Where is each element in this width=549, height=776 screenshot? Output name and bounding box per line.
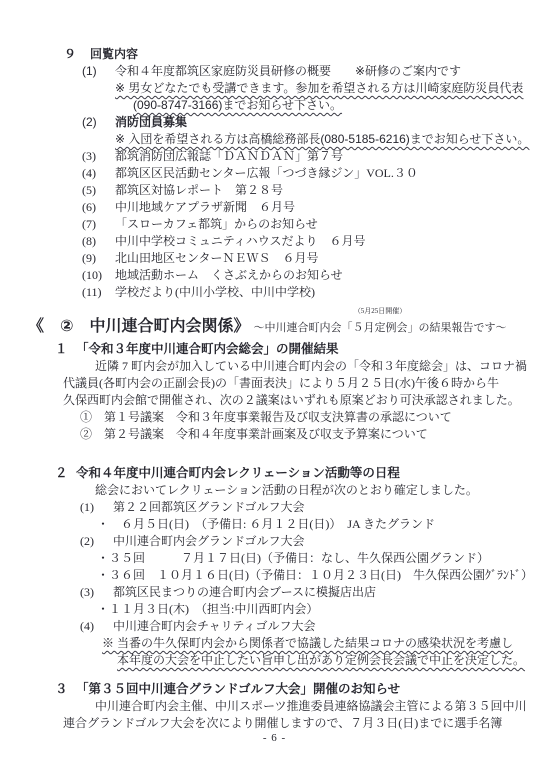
kairan-item-4-text: 都筑区区民活動センター広報「つづき縁ジン」VOL.３０ xyxy=(115,166,418,180)
kairan-item-1-text: 令和４年度都筑区家庭防災員研修の概要 ※研修のご案内です xyxy=(115,64,461,78)
s1-agenda-2: ② 第２号議案 令和４年度事業計画案及び収支予算案について xyxy=(80,426,549,443)
kairan-item-3-label: (3) xyxy=(82,148,115,165)
kairan-item-10: (10)地域活動ホーム くさぶえからのお知らせ xyxy=(82,267,549,284)
section2-subtitle-pre: ～中川連合町内会「 xyxy=(254,322,353,334)
kairan-note-1b: (090-8747-3166)までお知らせ下さい。 xyxy=(133,97,549,114)
kairan-item-6: (6)中川地域ケアプラザ新聞 ６月号 xyxy=(82,199,549,216)
s2-item-1-bullet-1: ・ ６月５日(日) （予備日: ６月１２日(日)） JA きたグランド xyxy=(97,516,549,533)
subtitle-term-wrap: （5月25日開催）５月定例会 xyxy=(353,315,408,341)
kairan-item-9-text: 北山田地区センターＮＥＷＳ ６月号 xyxy=(115,251,319,265)
s2-item-2: (2)中川連合町内会グランドゴルフ大会 xyxy=(80,533,549,550)
kairan-item-2: (2)消防団員募集 xyxy=(82,114,549,131)
s2-item-1: (1)第２２回都筑区グランドゴルフ大会 xyxy=(80,499,549,516)
s2-item-3-bullet-1: ・１１月３日(木) （担当:中川西町内会） xyxy=(97,601,549,618)
s2-item-4-note-2: 本年度の大会を中止したい旨申し出があり定例会長会議で中止を決定した。 xyxy=(117,652,549,669)
s1-body-line-1: 近隣 7 町内会が加入している中川連合町内会の「令和３年度総会」は、コロナ禍 xyxy=(95,358,549,375)
kairan-item-10-label: (10) xyxy=(82,267,115,284)
kairan-item-2-label: (2) xyxy=(82,114,115,131)
subtitle-term: ５月定例会 xyxy=(353,322,408,334)
kairan-item-3: (3)都筑消防団広報誌「ＤＡＮＤＡＮ」第７号 xyxy=(82,148,549,165)
kairan-item-5: (5)都筑区対協レポート 第２８号 xyxy=(82,182,549,199)
s2-heading-number: ２ xyxy=(55,465,76,482)
kairan-heading: ９回覧内容 xyxy=(64,46,549,63)
kairan-item-4-label: (4) xyxy=(82,165,115,182)
s2-item-1-text: 第２２回都筑区グランドゴルフ大会 xyxy=(113,500,305,514)
kairan-item-9: (9)北山田地区センターＮＥＷＳ ６月号 xyxy=(82,250,549,267)
section2-subtitle-post: 」の結果報告です～ xyxy=(408,322,507,334)
kairan-item-2-text: 消防団員募集 xyxy=(115,115,187,129)
kairan-item-7: (7)「スローカフェ都筑」からのお知らせ xyxy=(82,216,549,233)
s1-agenda-1: ① 第１号議案 令和３年度事業報告及び収支決算書の承認について xyxy=(80,409,549,426)
s2-item-3-text: 都筑区民まつりの連合町内会ブースに模擬店出店 xyxy=(113,585,376,599)
kairan-item-3-text: 都筑消防団広報誌「ＤＡＮＤＡＮ」第７号 xyxy=(115,149,343,163)
page-number: - 6 - xyxy=(0,730,549,747)
s2-item-4: (4)中川連合町内会チャリティゴルフ大会 xyxy=(80,618,549,635)
kairan-item-11-text: 学校だより(中川小学校、中川中学校) xyxy=(115,285,315,299)
kairan-item-7-label: (7) xyxy=(82,216,115,233)
s2-item-2-bullet-1: ・３５回 ７月１７日(日)（予備日：なし、牛久保西公園グランド） xyxy=(97,550,549,567)
s3-heading-number: ３ xyxy=(55,681,76,698)
kairan-heading-title: 回覧内容 xyxy=(90,47,138,61)
kairan-item-1: (1)令和４年度都筑区家庭防災員研修の概要 ※研修のご案内です xyxy=(82,63,549,80)
s1-body-line-2: 代議員(各町内会の正副会長)の「書面表決」により５月２５日(水)午後６時から牛 xyxy=(63,375,549,392)
s3-heading: ３「第３５回中川連合グランドゴルフ大会」開催のお知らせ xyxy=(55,681,549,698)
kairan-item-6-text: 中川地域ケアプラザ新聞 ６月号 xyxy=(115,200,295,214)
s2-heading: ２令和４年度中川連合町内会レクリェーション活動等の日程 xyxy=(55,465,549,482)
kairan-item-8: (8)中川中学校コミュニティハウスだより ６月号 xyxy=(82,233,549,250)
kairan-item-1-label: (1) xyxy=(82,63,115,80)
s1-heading-title: 「令和３年度中川連合町内会総会」の開催結果 xyxy=(76,342,339,356)
kairan-item-4: (4)都筑区区民活動センター広報「つづき縁ジン」VOL.３０ xyxy=(82,165,549,182)
s2-item-2-bullet-2: ・３６回 １０月１６日(日)（予備日：１０月２３日(日) 牛久保西公園ｸﾞﾗﾝﾄ… xyxy=(97,567,549,584)
s2-item-3: (3)都筑区民まつりの連合町内会ブースに模擬店出店 xyxy=(80,584,549,601)
subtitle-annotation: （5月25日開催） xyxy=(354,308,407,315)
kairan-item-8-label: (8) xyxy=(82,233,115,250)
kairan-item-5-text: 都筑区対協レポート 第２８号 xyxy=(115,183,283,197)
s2-item-2-label: (2) xyxy=(80,533,113,550)
section2-title: 《 ② 中川連合町内会関係》 xyxy=(28,318,250,335)
kairan-item-8-text: 中川中学校コミュニティハウスだより ６月号 xyxy=(115,234,365,248)
s1-heading: １「令和３年度中川連合町内会総会」の開催結果 xyxy=(55,341,549,358)
s3-heading-title: 「第３５回中川連合グランドゴルフ大会」開催のお知らせ xyxy=(76,682,400,696)
kairan-item-5-label: (5) xyxy=(82,182,115,199)
s2-item-4-note-1: ※ 当番の牛久保町内会から関係者で協議した結果コロナの感染状況を考慮し xyxy=(102,635,549,652)
kairan-note-2: ※ 入団を希望される方は高橋総務部長(080-5185-6216)までお知らせ下… xyxy=(115,131,549,148)
kairan-item-11: (11)学校だより(中川小学校、中川中学校) xyxy=(82,284,549,301)
s2-item-2-text: 中川連合町内会グランドゴルフ大会 xyxy=(113,534,305,548)
section2-subtitle: ～中川連合町内会「（5月25日開催）５月定例会」の結果報告です～ xyxy=(254,322,507,334)
kairan-heading-number: ９ xyxy=(64,46,90,63)
kairan-item-7-text: 「スローカフェ都筑」からのお知らせ xyxy=(115,217,318,231)
section2-heading: 《 ② 中川連合町内会関係》～中川連合町内会「（5月25日開催）５月定例会」の結… xyxy=(28,314,549,341)
s2-item-4-text: 中川連合町内会チャリティゴルフ大会 xyxy=(113,619,315,633)
kairan-item-11-label: (11) xyxy=(82,284,115,301)
s2-intro: 総会においてレクリェーション活動の日程が次のとおり確定しました。 xyxy=(95,482,549,499)
s3-body-line-1: 中川連合町内会主催、中川スポーツ推進委員連絡協議会主管による第３５回中川 xyxy=(95,698,549,715)
kairan-note-1a: ※ 男女どなたでも受講できます。参加を希望される方は川崎家庭防災員代表 xyxy=(115,80,549,97)
s2-heading-title: 令和４年度中川連合町内会レクリェーション活動等の日程 xyxy=(76,466,400,480)
s2-item-1-label: (1) xyxy=(80,499,113,516)
s2-item-3-label: (3) xyxy=(80,584,113,601)
s2-item-4-label: (4) xyxy=(80,618,113,635)
s1-heading-number: １ xyxy=(55,341,76,358)
s1-body-line-3: 久保西町内会館で開催され、次の２議案はいずれも原案どおり可決承認されました。 xyxy=(63,392,549,409)
document-page: ９回覧内容 (1)令和４年度都筑区家庭防災員研修の概要 ※研修のご案内です ※ … xyxy=(0,0,549,776)
kairan-item-6-label: (6) xyxy=(82,199,115,216)
kairan-item-10-text: 地域活動ホーム くさぶえからのお知らせ xyxy=(115,268,343,282)
kairan-item-9-label: (9) xyxy=(82,250,115,267)
